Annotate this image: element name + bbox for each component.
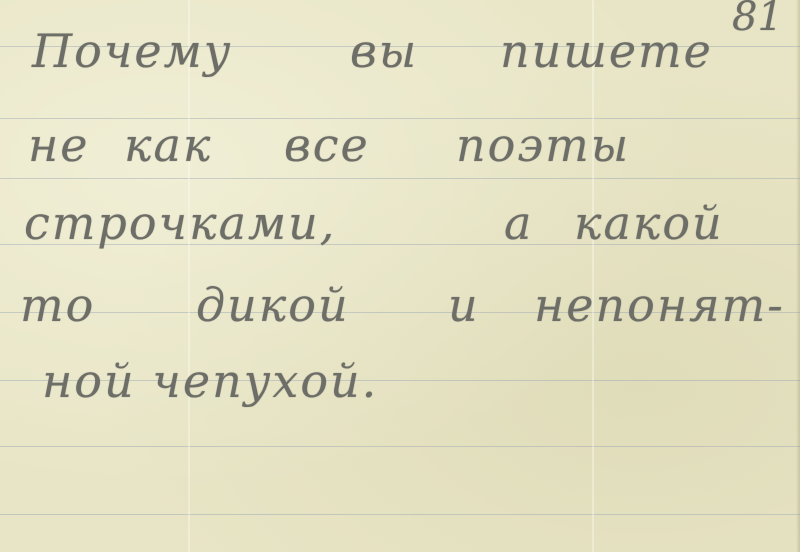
word: ной чепухой. xyxy=(42,354,378,408)
word: не xyxy=(28,118,90,172)
word: Почему xyxy=(32,24,232,78)
ruled-line xyxy=(0,446,800,447)
paper-fold xyxy=(188,0,190,552)
word: непонят- xyxy=(534,278,785,332)
word: и xyxy=(448,278,480,332)
paper-fold xyxy=(592,0,594,552)
ruled-line xyxy=(0,118,800,119)
paper-edge xyxy=(796,0,800,552)
word: как xyxy=(124,118,212,172)
word: все xyxy=(284,118,370,172)
ruled-line xyxy=(0,514,800,515)
word: то xyxy=(20,278,95,332)
page-number: 81 xyxy=(732,0,783,40)
word: а xyxy=(504,196,533,250)
handwritten-page: 81 Почему вы пишете не как все поэты стр… xyxy=(0,0,800,552)
word: строчками, xyxy=(24,196,336,250)
word: поэты xyxy=(456,118,630,172)
ruled-line xyxy=(0,178,800,179)
word: дикой xyxy=(196,278,350,332)
word: вы xyxy=(350,24,418,78)
word: какой xyxy=(574,196,724,250)
word: пишете xyxy=(500,24,713,78)
